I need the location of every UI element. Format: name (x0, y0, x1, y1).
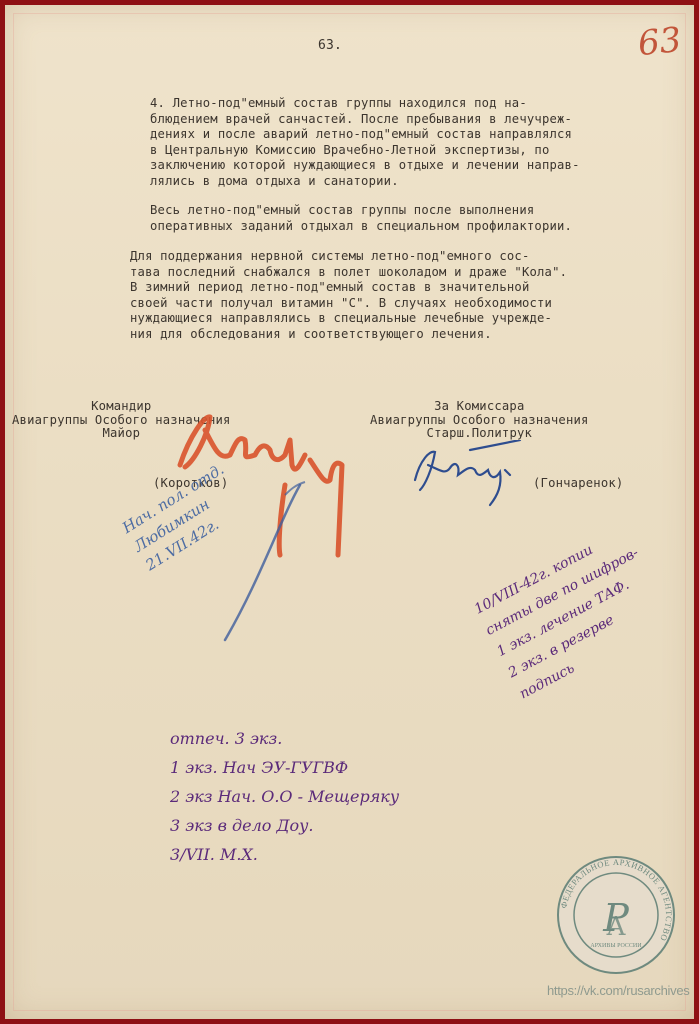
blue-signature-right-icon (410, 440, 540, 510)
commissar-title: За Комиссара Авиагруппы Особого назначен… (370, 400, 589, 441)
page-number: 63. (318, 38, 342, 54)
commissar-name: (Гончаренок) (533, 476, 623, 492)
distribution-list-note: отпеч. 3 экз. 1 экз. Нач ЭУ-ГУГВФ 2 экз … (170, 724, 399, 869)
svg-text:АРХИВЫ РОССИИ: АРХИВЫ РОССИИ (590, 943, 642, 949)
paragraph-nutrition: Для поддержания нервной системы летно-по… (130, 249, 567, 343)
folio-number-handwritten: 63 (636, 20, 683, 64)
archive-watermark-link[interactable]: https://vk.com/rusarchives (547, 983, 689, 998)
svg-text:A: A (606, 912, 627, 942)
archive-stamp-icon: ФЕДЕРАЛЬНОЕ АРХИВНОЕ АГЕНТСТВО АРХИВЫ РО… (556, 855, 676, 975)
paragraph-rest: Весь летно-под"емный состав группы после… (150, 203, 572, 234)
paragraph-medical-supervision: 4. Летно-под"емный состав группы находил… (150, 96, 580, 190)
